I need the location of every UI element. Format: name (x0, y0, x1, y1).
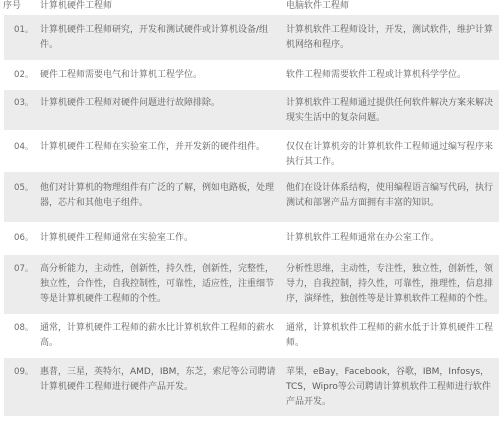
hardware-cell: 计算机硬件工程师对硬件问题进行故障排除。 (40, 96, 286, 130)
table-row: 02。 硬件工程师需要电气和计算机工程学位。 软件工程师需要软件工程或计算机科学… (4, 60, 499, 90)
row-number: 01。 (4, 23, 40, 60)
table-row: 01。 计算机硬件工程师研究，开发和测试硬件或计算机设备/组件。 计算机软件工程… (4, 15, 499, 60)
table-row: 06。 计算机硬件工程师通常在实验室工作。 计算机软件工程师通常在办公室工作。 (4, 222, 499, 255)
software-cell: 软件工程师需要软件工程或计算机科学学位。 (286, 68, 499, 90)
table-row: 09。 惠普，三星，英特尔，AMD，IBM，东芝，索尼等公司聘请计算机硬件工程师… (4, 358, 499, 416)
hardware-cell: 计算机硬件工程师研究，开发和测试硬件或计算机设备/组件。 (40, 23, 286, 60)
row-number: 03。 (4, 96, 40, 130)
hardware-cell: 高分析能力，主动性，创新性，持久性，创新性，完整性，独立性，合作性，自我控制性，… (40, 262, 286, 314)
row-number: 07。 (4, 262, 40, 314)
hardware-cell: 计算机硬件工程师在实验室工作，并开发新的硬件组件。 (40, 140, 286, 172)
table-row: 03。 计算机硬件工程师对硬件问题进行故障排除。 计算机软件工程师通过提供任何软… (4, 90, 499, 130)
table-row: 04。 计算机硬件工程师在实验室工作，并开发新的硬件组件。 仅仅在计算机旁的计算… (4, 130, 499, 172)
table-row: 07。 高分析能力，主动性，创新性，持久性，创新性，完整性，独立性，合作性，自我… (4, 255, 499, 314)
header-index: 序号 (0, 0, 36, 15)
row-number: 02。 (4, 68, 40, 90)
table-row: 08。 通常，计算机硬件工程师的薪水比计算机软件工程师的薪水高。 通常，计算机软… (4, 314, 499, 352)
header-software: 电脑软件工程师 (286, 0, 499, 15)
software-cell: 通常，计算机软件工程师的薪水低于计算机硬件工程师。 (286, 321, 499, 352)
hardware-cell: 惠普，三星，英特尔，AMD，IBM，东芝，索尼等公司聘请计算机硬件工程师进行硬件… (40, 365, 286, 416)
row-number: 09。 (4, 365, 40, 416)
software-cell: 他们在设计体系结构，使用编程语言编写代码，执行测试和部署产品方面拥有丰富的知识。 (286, 181, 499, 222)
header-hardware: 计算机硬件工程师 (36, 0, 286, 15)
hardware-cell: 通常，计算机硬件工程师的薪水比计算机软件工程师的薪水高。 (40, 321, 286, 352)
software-cell: 分析性思维，主动性，专注性，独立性，创新性，领导力，自我控制，持久性，可靠性，推… (286, 262, 499, 314)
row-number: 05。 (4, 181, 40, 222)
software-cell: 苹果，eBay，Facebook，谷歌，IBM，Infosys，TCS，Wipr… (286, 365, 499, 416)
row-number: 08。 (4, 321, 40, 352)
table-row: 05。 他们对计算机的物理组件有广泛的了解，例如电路板，处理器，芯片和其他电子组… (4, 172, 499, 222)
row-number: 04。 (4, 140, 40, 172)
software-cell: 仅仅在计算机旁的计算机软件工程师通过编写程序来执行其工作。 (286, 140, 499, 172)
software-cell: 计算机软件工程师通常在办公室工作。 (286, 231, 499, 255)
row-number: 06。 (4, 231, 40, 255)
hardware-cell: 计算机硬件工程师通常在实验室工作。 (40, 231, 286, 255)
hardware-cell: 硬件工程师需要电气和计算机工程学位。 (40, 68, 286, 90)
table-header: 序号 计算机硬件工程师 电脑软件工程师 (0, 0, 499, 15)
software-cell: 计算机软件工程师设计，开发，测试软件，维护计算机网络和程序。 (286, 23, 499, 60)
software-cell: 计算机软件工程师通过提供任何软件解决方案来解决现实生活中的复杂问题。 (286, 96, 499, 130)
hardware-cell: 他们对计算机的物理组件有广泛的了解，例如电路板，处理器，芯片和其他电子组件。 (40, 181, 286, 222)
